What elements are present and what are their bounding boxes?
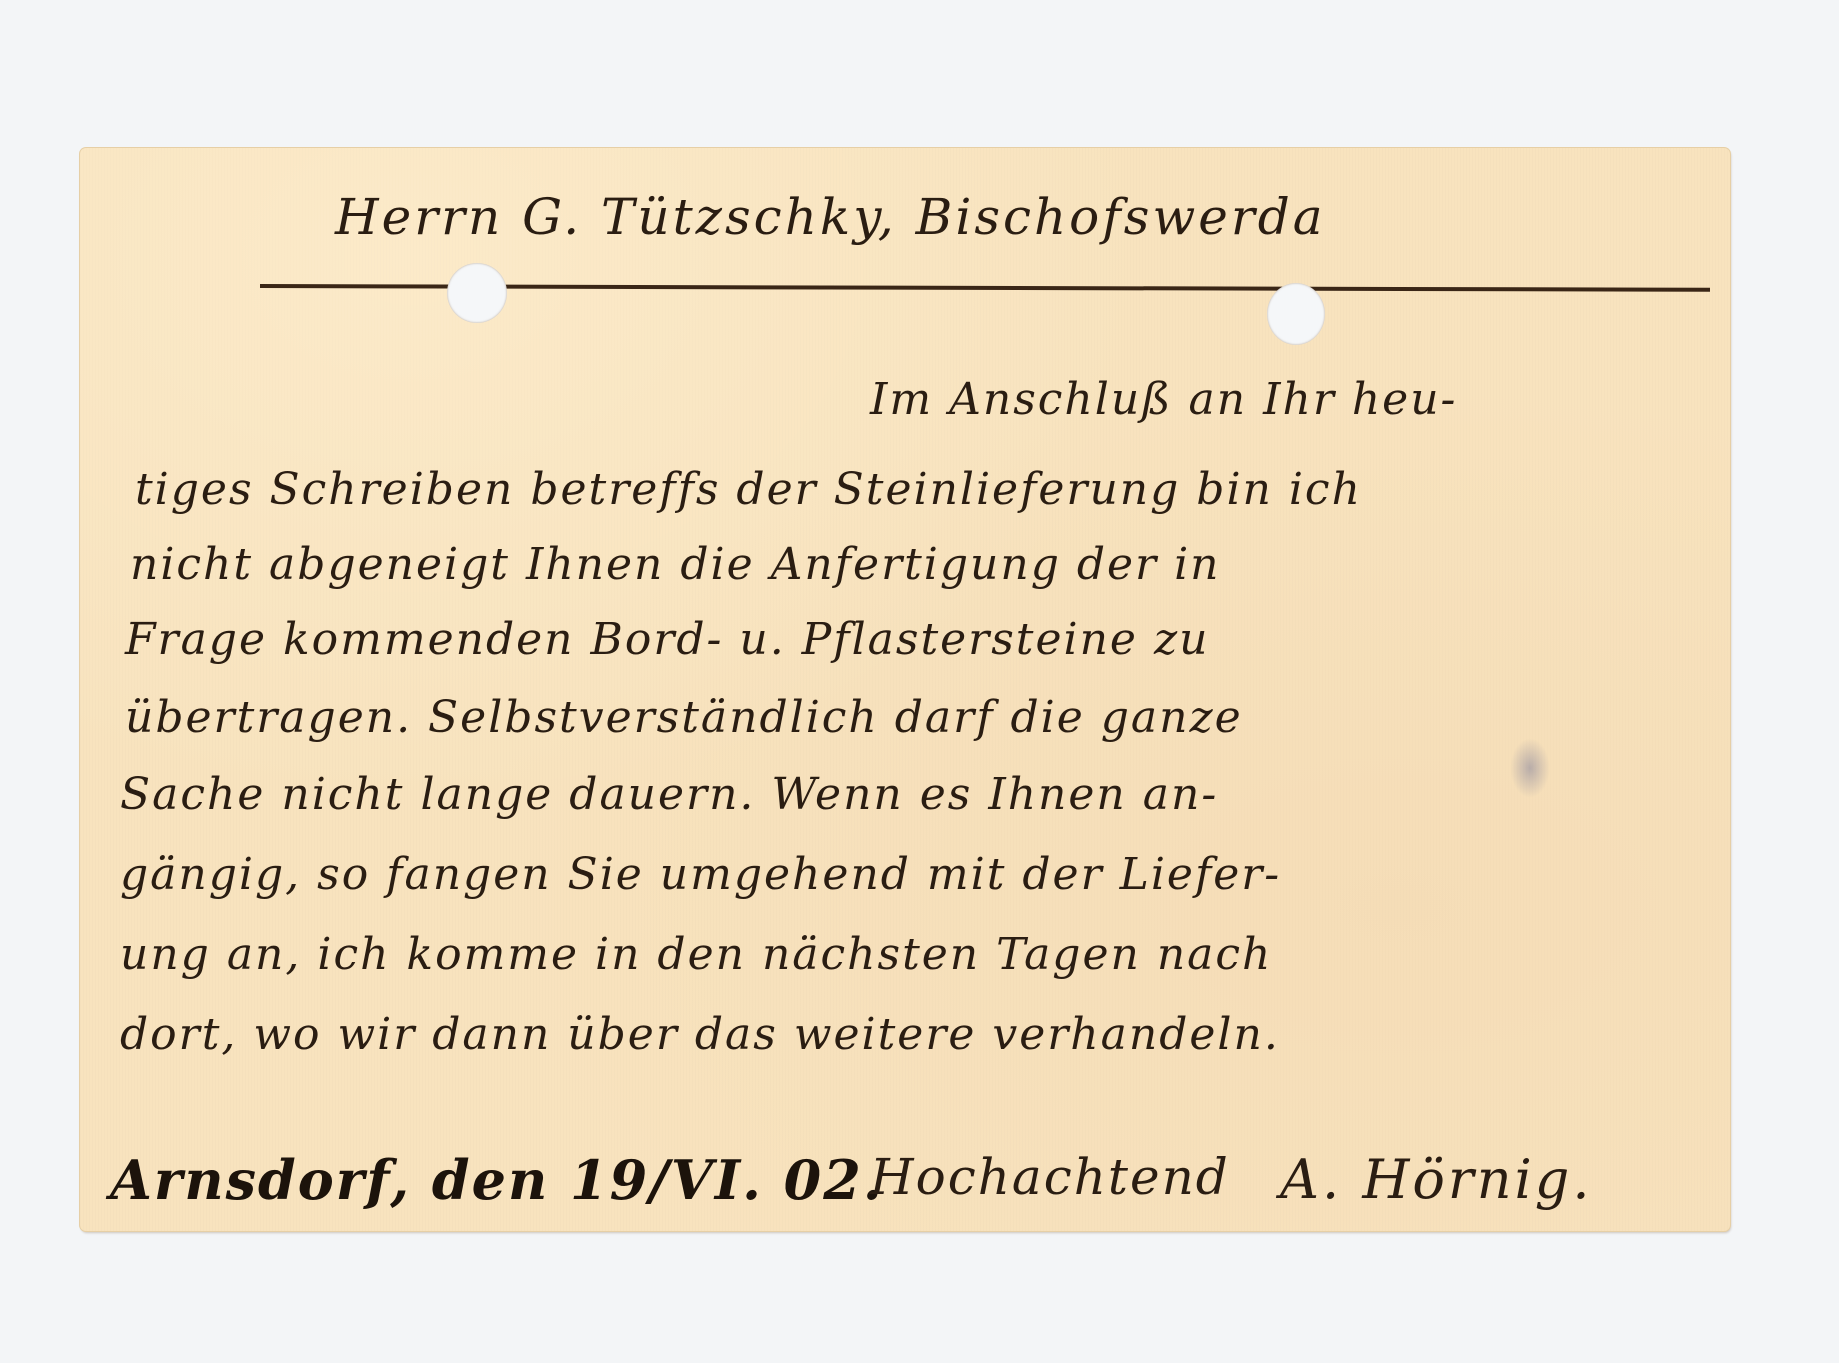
- postcard: Herrn G. Tützschky, Bischofswerda Im Ans…: [80, 148, 1730, 1231]
- punch-hole: [1267, 283, 1325, 345]
- body-line: gängig, so fangen Sie umgehend mit der L…: [120, 853, 1281, 897]
- body-line: Sache nicht lange dauern. Wenn es Ihnen …: [120, 773, 1218, 817]
- body-line: übertragen. Selbstverständlich darf die …: [125, 696, 1243, 740]
- body-line: ung an, ich komme in den nächsten Tagen …: [120, 933, 1272, 977]
- recipient-address: Herrn G. Tützschky, Bischofswerda: [335, 188, 1326, 246]
- closing-salutation: Hochachtend: [870, 1148, 1230, 1206]
- body-line: nicht abgeneigt Ihnen die Anfertigung de…: [130, 543, 1220, 587]
- punch-hole: [447, 263, 507, 323]
- place-and-date: Arnsdorf, den 19/VI. 02.: [110, 1148, 884, 1212]
- body-line: tiges Schreiben betreffs der Steinliefer…: [135, 468, 1362, 512]
- signature: A. Hörnig.: [1280, 1148, 1593, 1211]
- ink-smudge: [1510, 738, 1550, 798]
- body-line: dort, wo wir dann über das weitere verha…: [120, 1013, 1280, 1057]
- body-line: Im Anschluß an Ihr heu-: [870, 378, 1457, 422]
- body-line: Frage kommenden Bord- u. Pflastersteine …: [125, 618, 1209, 662]
